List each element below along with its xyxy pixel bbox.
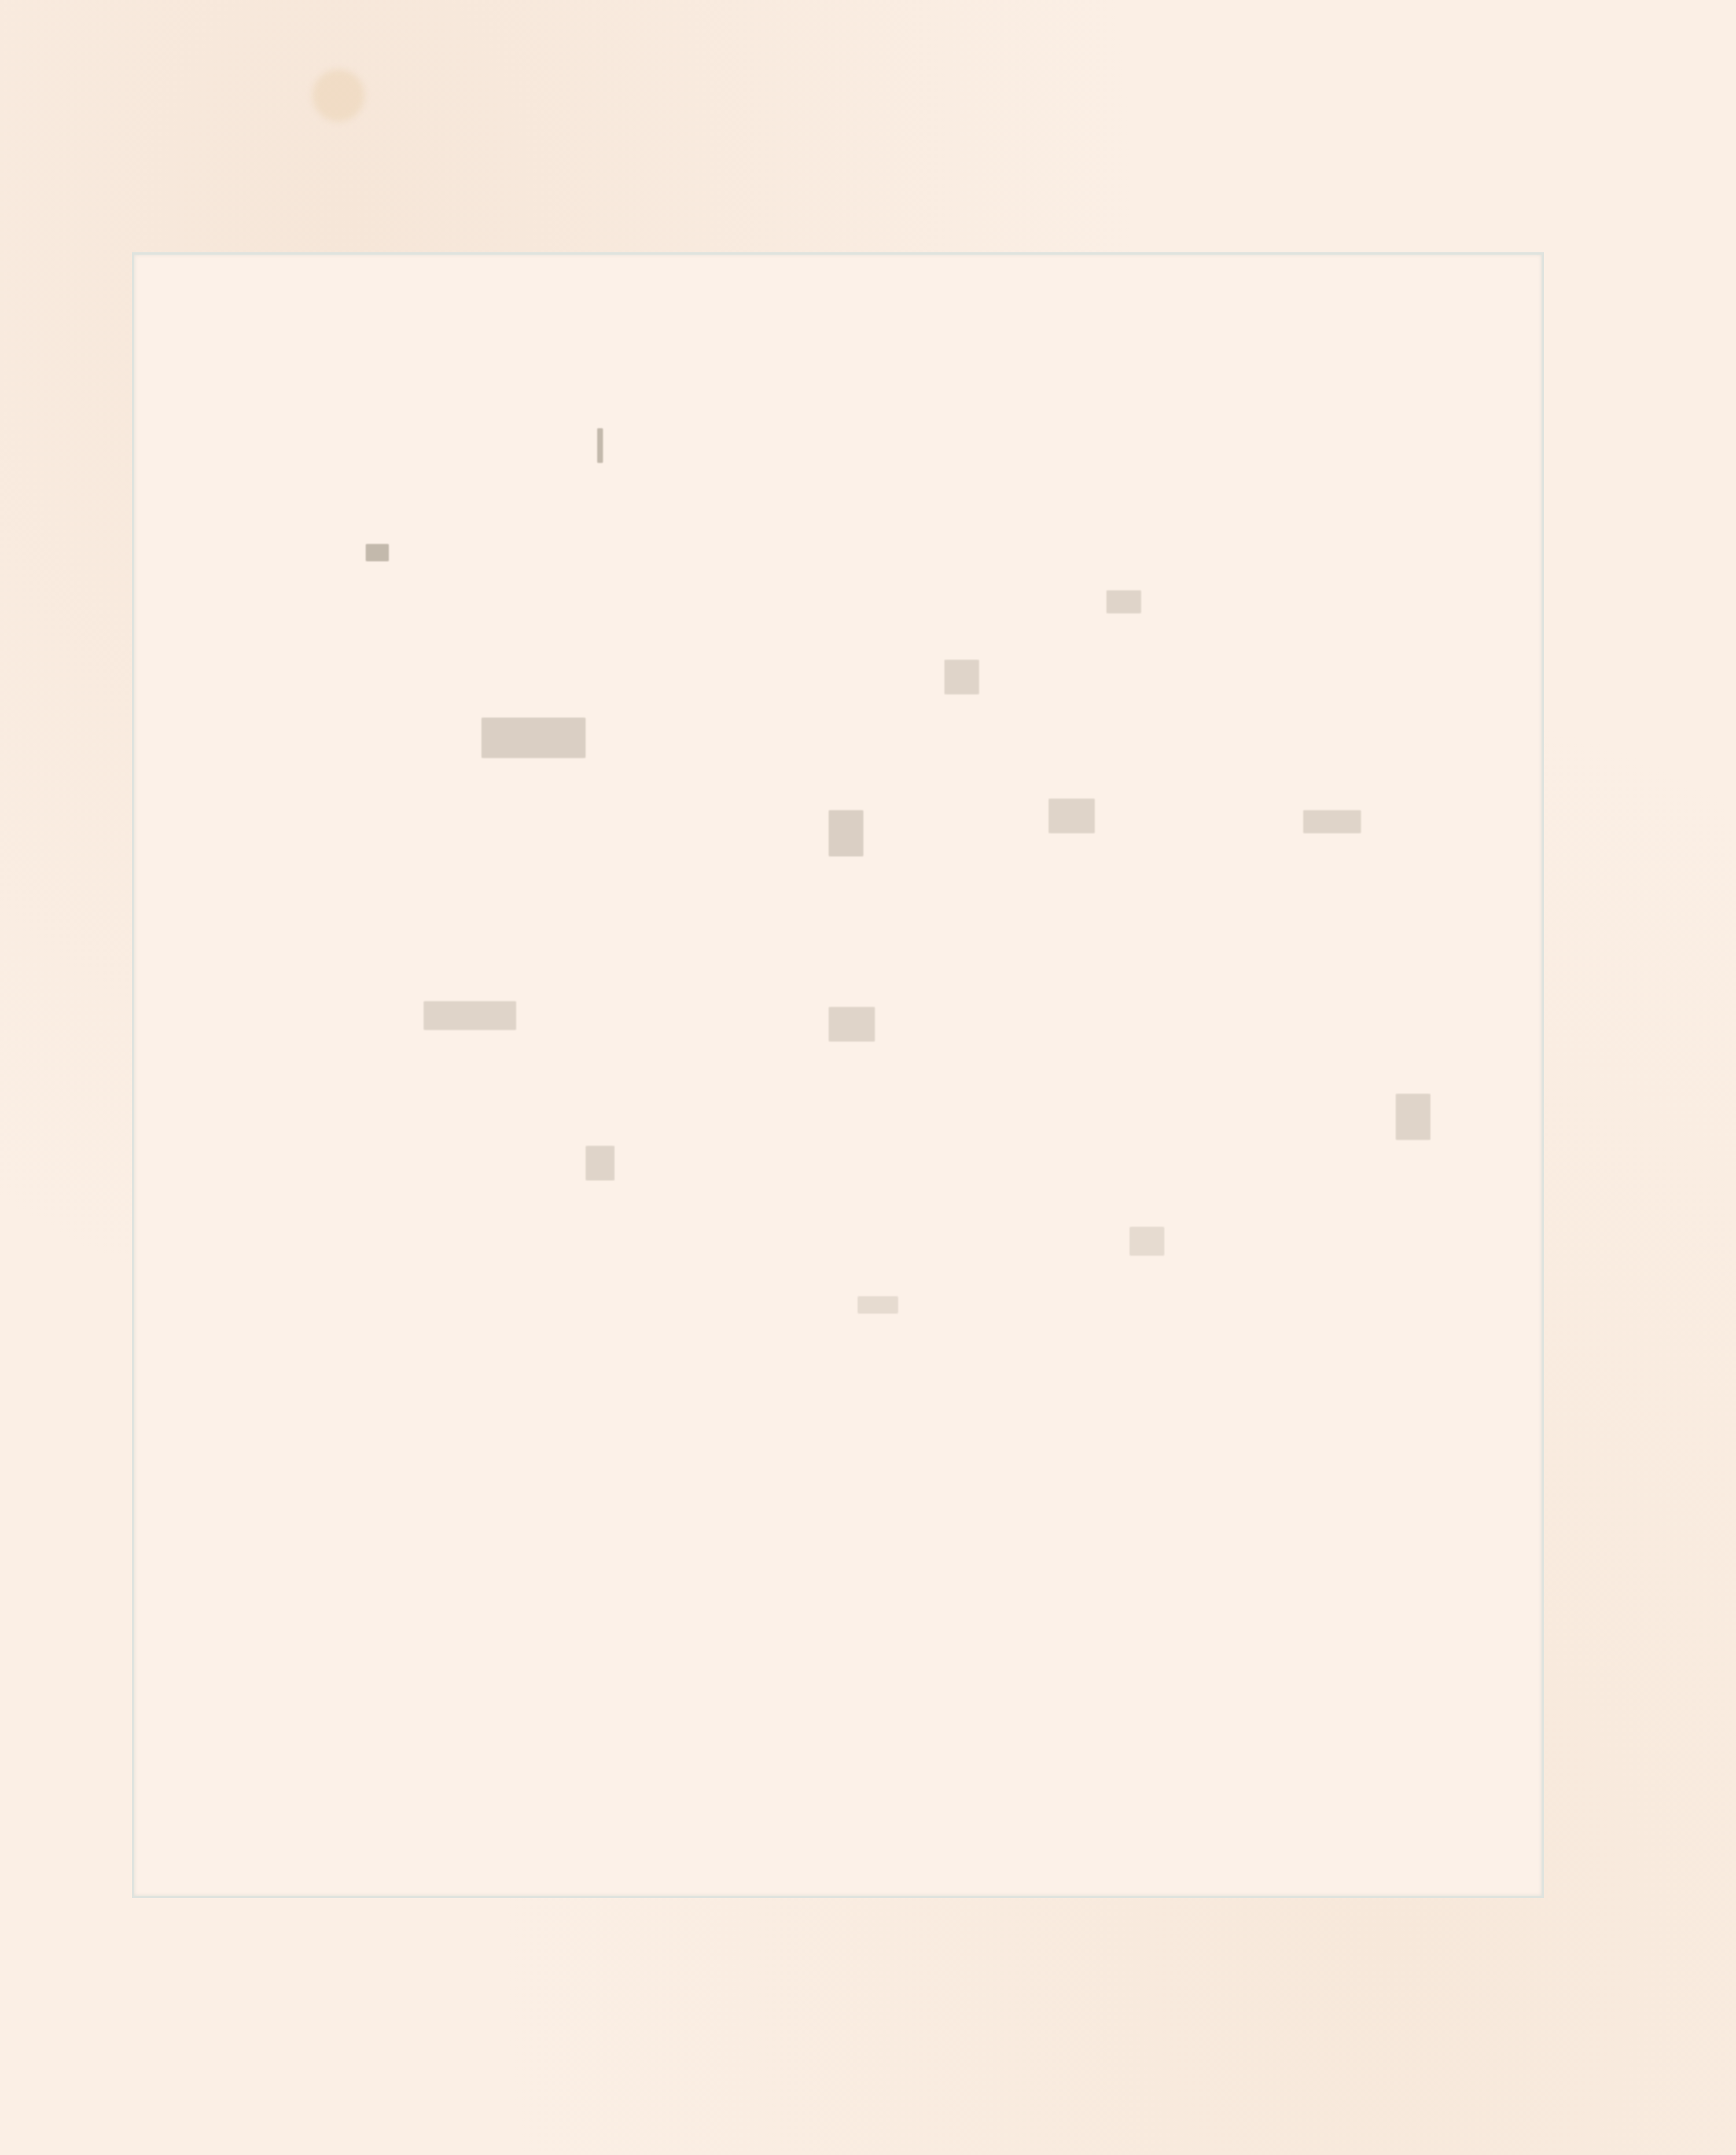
ink-speck xyxy=(1106,590,1141,613)
ink-speck xyxy=(1130,1227,1164,1256)
ink-speck xyxy=(829,810,863,856)
ink-speck xyxy=(586,1146,615,1181)
paper-sheet xyxy=(0,0,1736,2155)
ink-speck xyxy=(944,660,979,694)
ink-speck xyxy=(1303,810,1361,833)
ink-speck xyxy=(858,1296,898,1314)
ink-speck xyxy=(597,428,603,463)
ink-speck xyxy=(366,544,389,561)
plate-mark xyxy=(132,252,1544,1898)
paper-stain xyxy=(312,69,365,122)
ink-speck xyxy=(829,1007,875,1042)
ink-speck xyxy=(424,1001,516,1030)
ink-speck xyxy=(481,718,586,758)
ink-speck xyxy=(1396,1094,1430,1140)
ink-speck xyxy=(1049,799,1095,833)
